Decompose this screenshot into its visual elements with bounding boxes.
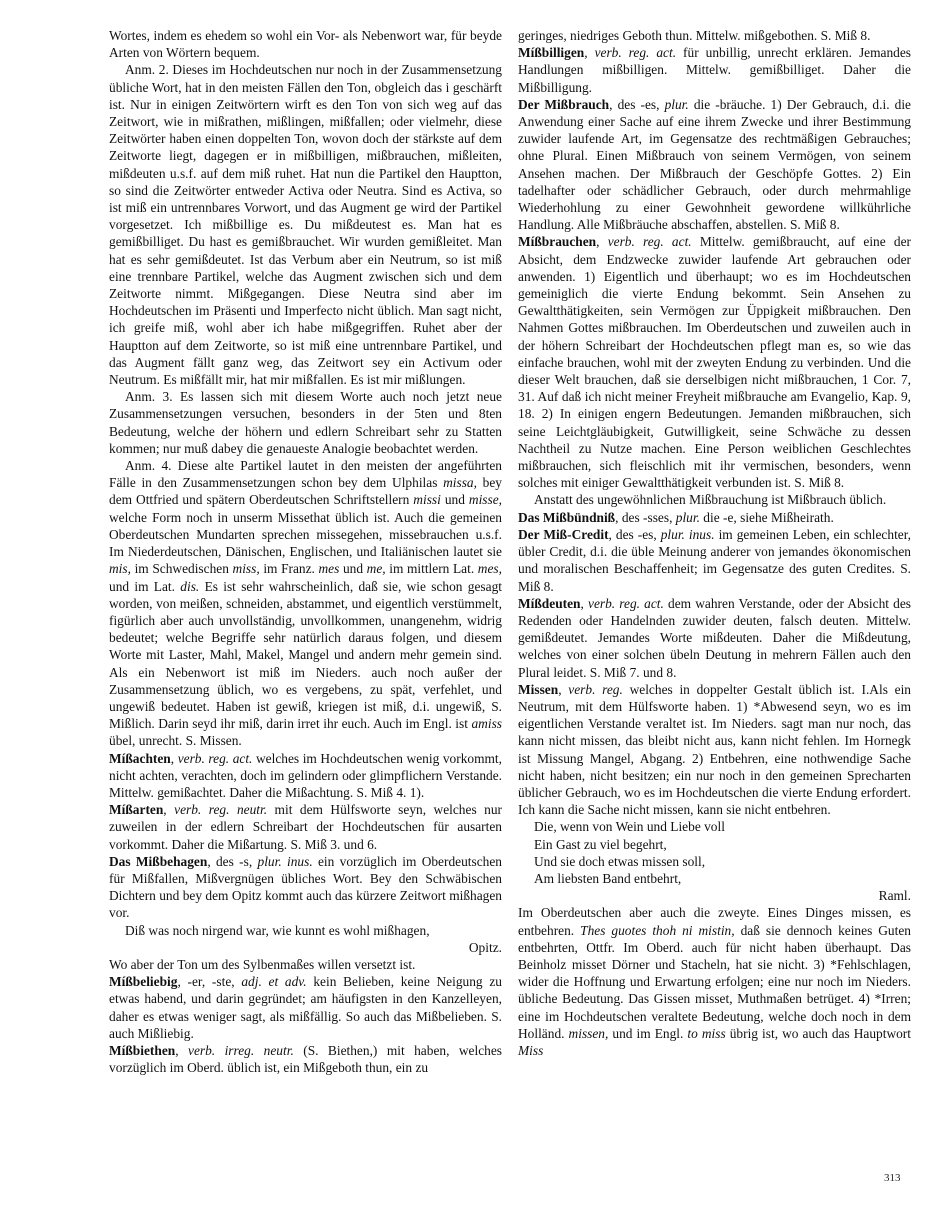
headword: Míßdeuten [518, 596, 581, 611]
paragraph: Anstatt des ungewöhnlichen Mißbrauchung … [518, 491, 911, 508]
paragraph: Wortes, indem es ehedem so wohl ein Vor-… [109, 27, 502, 61]
italic-text: mis, [109, 561, 131, 576]
page-number: 313 [884, 1172, 901, 1184]
dictionary-entry: Míßarten, verb. reg. neutr. mit dem Hülf… [109, 801, 502, 853]
text: und im Engl. [608, 1026, 687, 1041]
italic-text: plur. [665, 97, 689, 112]
text: , des -sses, [615, 510, 676, 525]
headword: Míßbilligen [518, 45, 584, 60]
italic-text: plur. inus. [258, 854, 313, 869]
paragraph: Wo aber der Ton um des Sylbenmaßes wille… [109, 956, 502, 973]
text: , des -es, [609, 97, 664, 112]
dictionary-entry: Míßdeuten, verb. reg. act. dem wahren Ve… [518, 595, 911, 681]
italic-text: verb. reg. neutr. [174, 802, 267, 817]
italic-text: verb. reg. act. [608, 234, 692, 249]
text: Mittelw. gemißbraucht, auf eine der Absi… [518, 234, 911, 490]
text: im Franz. [260, 561, 319, 576]
headword: Míßbeliebig [109, 974, 177, 989]
italic-text: verb. reg. act. [178, 751, 253, 766]
italic-text: verb. irreg. neutr. [188, 1043, 294, 1058]
dictionary-entry: Das Mißbehagen, des -s, plur. inus. ein … [109, 853, 502, 922]
text: , [175, 1043, 188, 1058]
dictionary-entry: Míßbiethen, verb. irreg. neutr. (S. Biet… [109, 1042, 502, 1076]
paragraph: Anm. 3. Es lassen sich mit diesem Worte … [109, 388, 502, 457]
headword: Das Mißbehagen [109, 854, 207, 869]
headword: Míßbiethen [109, 1043, 175, 1058]
paragraph: Anm. 4. Diese alte Partikel lautet in de… [109, 457, 502, 749]
italic-text: missa, [443, 475, 477, 490]
headword: Míßarten [109, 802, 163, 817]
text: und [339, 561, 366, 576]
left-column: Wortes, indem es ehedem so wohl ein Vor-… [109, 27, 502, 1076]
headword: Míßbrauchen [518, 234, 596, 249]
verse-line: Ein Gast zu viel begehrt, [518, 836, 911, 853]
dictionary-entry: Das Mißbündniß, des -sses, plur. die -e,… [518, 509, 911, 526]
text: , -er, -ste, [177, 974, 241, 989]
text: übrig ist, wo auch das Hauptwort [726, 1026, 911, 1041]
dictionary-entry: Míßbeliebig, -er, -ste, adj. et adv. kei… [109, 973, 502, 1042]
dictionary-entry: Míßachten, verb. reg. act. welches im Ho… [109, 750, 502, 802]
dictionary-entry: Der Mißbrauch, des -es, plur. die -bräuc… [518, 96, 911, 234]
italic-text: Thes guotes thoh ni mistin, [580, 923, 734, 938]
dictionary-entry: Missen, verb. reg. welches in doppelter … [518, 681, 911, 819]
text: die -e, siehe Mißheirath. [700, 510, 834, 525]
dictionary-entry: Míßbrauchen, verb. reg. act. Mittelw. ge… [518, 233, 911, 491]
quote-attribution: Opitz. [109, 939, 502, 956]
italic-text: mes, [478, 561, 502, 576]
text: im Schwedischen [131, 561, 233, 576]
verse-line: Und sie doch etwas missen soll, [518, 853, 911, 870]
text: und im Lat. [109, 579, 180, 594]
italic-text: amiss [471, 716, 502, 731]
italic-text: plur. inus. [661, 527, 715, 542]
headword: Der Miß-Credit [518, 527, 609, 542]
text: , [581, 596, 589, 611]
italic-text: verb. reg. [568, 682, 623, 697]
text: im mittlern Lat. [386, 561, 478, 576]
right-column: geringes, niedriges Geboth thun. Mittelw… [518, 27, 911, 1059]
italic-text: verb. reg. act. [595, 45, 677, 60]
headword: Das Mißbündniß [518, 510, 615, 525]
text: welches in doppelter Gestalt üblich ist.… [518, 682, 911, 817]
text: die -bräuche. 1) Der Gebrauch, d.i. die … [518, 97, 911, 232]
quote-attribution: Raml. [518, 887, 911, 904]
italic-text: mes [319, 561, 340, 576]
italic-text: dis. [180, 579, 199, 594]
text: , [596, 234, 608, 249]
paragraph: geringes, niedriges Geboth thun. Mittelw… [518, 27, 911, 44]
text: übel, unrecht. S. Missen. [109, 733, 242, 748]
italic-text: missen, [569, 1026, 609, 1041]
text: und [441, 492, 469, 507]
verse-line: Diß was noch nirgend war, wie kunnt es w… [109, 922, 502, 939]
italic-text: miss, [233, 561, 260, 576]
headword: Míßachten [109, 751, 171, 766]
text: , [584, 45, 594, 60]
text: daß sie dennoch keines Guten entbehrten,… [518, 923, 911, 1041]
verse-line: Am liebsten Band entbehrt, [518, 870, 911, 887]
headword: Der Mißbrauch [518, 97, 609, 112]
text: , [163, 802, 174, 817]
italic-text: me, [367, 561, 386, 576]
italic-text: adj. et adv. [241, 974, 306, 989]
text: , [171, 751, 178, 766]
italic-text: Miss [518, 1043, 543, 1058]
paragraph: Anm. 2. Dieses im Hochdeutschen nur noch… [109, 61, 502, 388]
italic-text: plur. [676, 510, 700, 525]
italic-text: misse, [469, 492, 502, 507]
italic-text: verb. reg. act. [588, 596, 664, 611]
text: , des -s, [207, 854, 257, 869]
italic-text: missi [413, 492, 441, 507]
text: , [558, 682, 568, 697]
text: welche Form noch in unserm Missethat übl… [109, 510, 502, 559]
text: , des -es, [609, 527, 661, 542]
headword: Missen [518, 682, 558, 697]
verse-line: Die, wenn von Wein und Liebe voll [518, 818, 911, 835]
italic-text: to miss [687, 1026, 725, 1041]
dictionary-entry: Der Miß-Credit, des -es, plur. inus. im … [518, 526, 911, 595]
dictionary-entry: Míßbilligen, verb. reg. act. für unbilli… [518, 44, 911, 96]
text: Es ist sehr wahrscheinlich, daß sie, wie… [109, 579, 502, 732]
paragraph: Im Oberdeutschen aber auch die zweyte. E… [518, 904, 911, 1059]
